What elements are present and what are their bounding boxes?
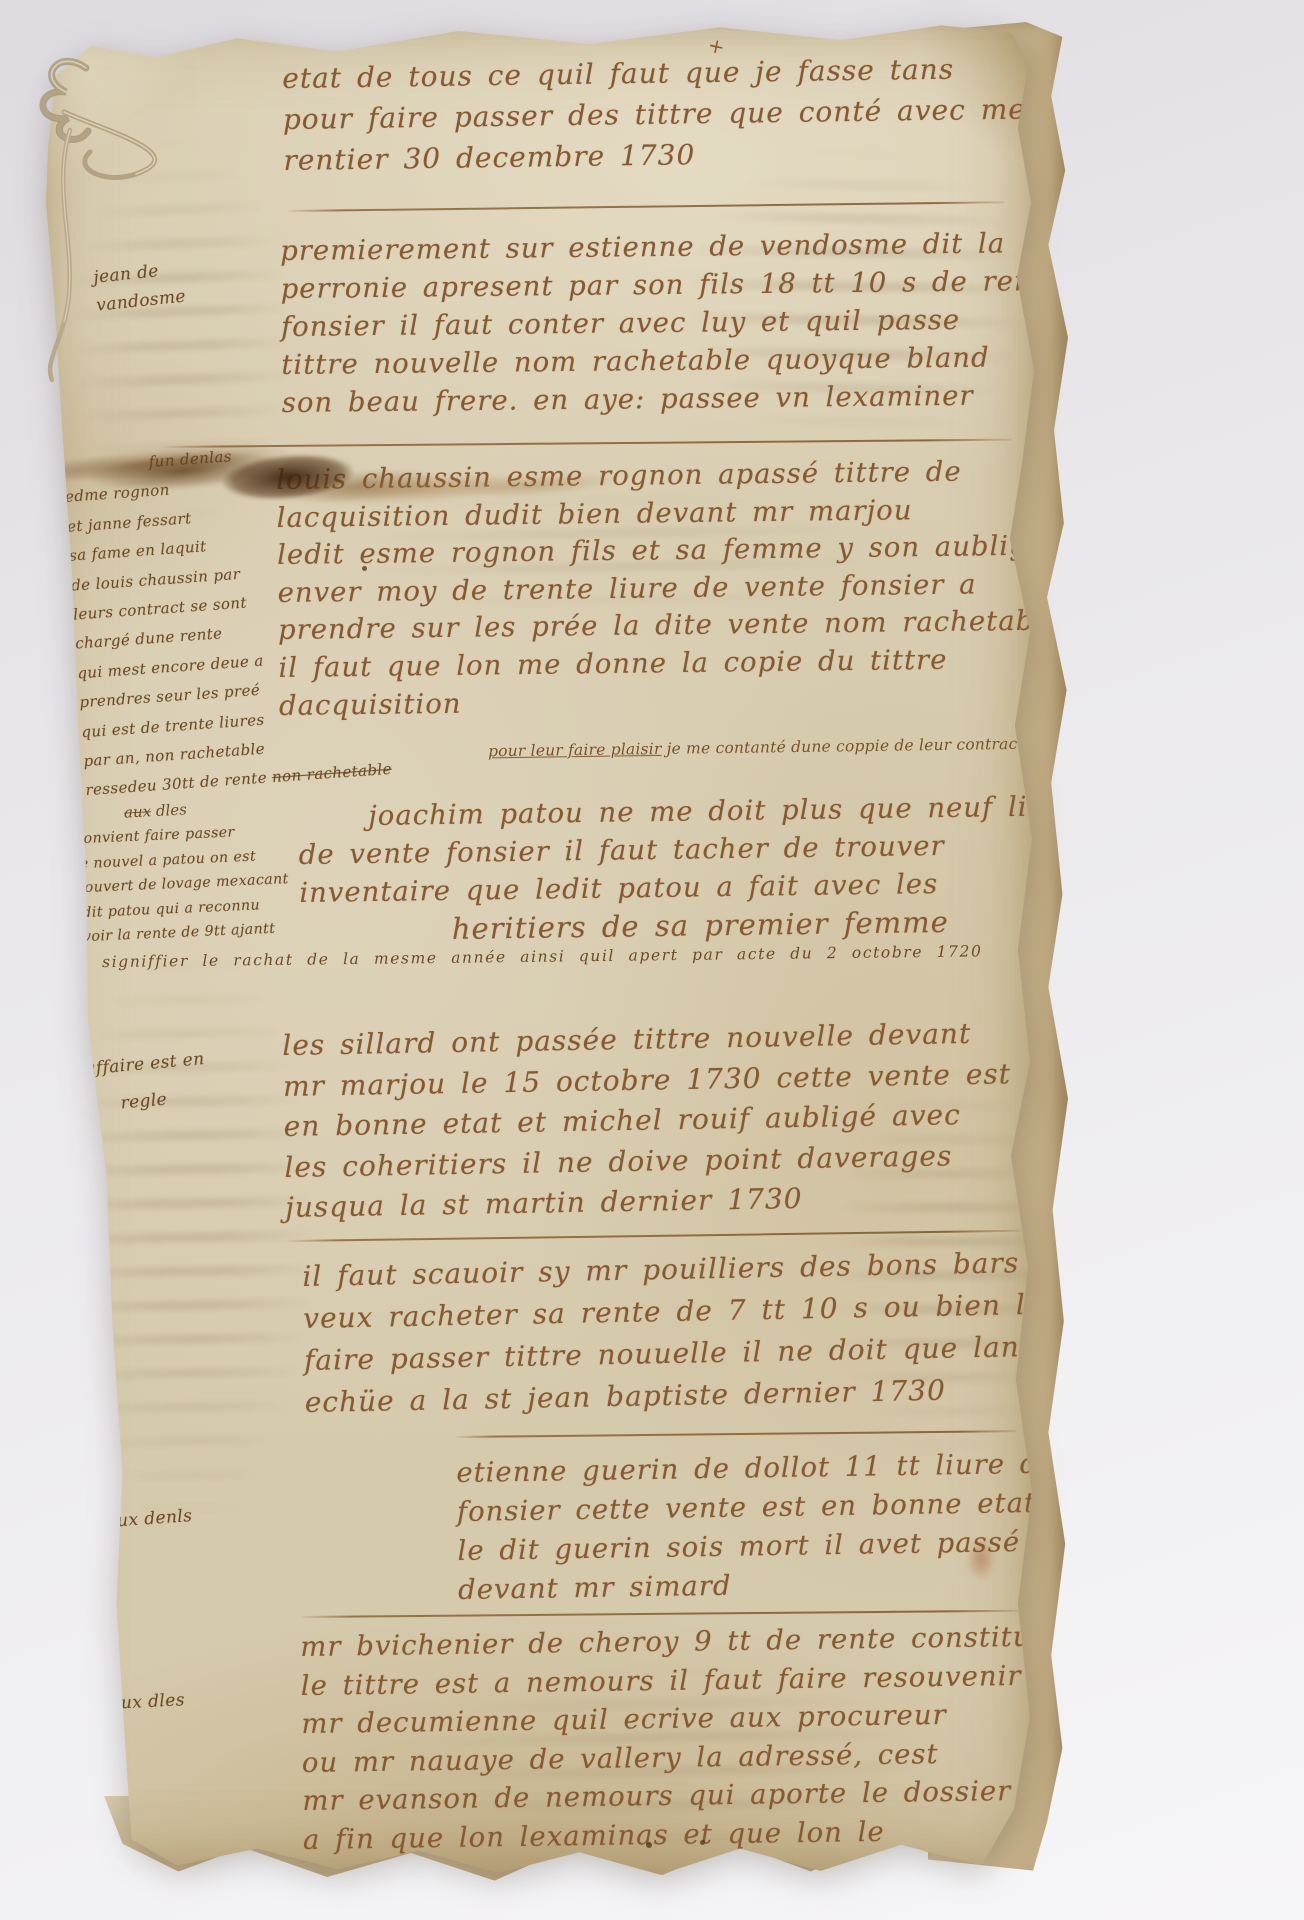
paper-wrap: + etat de tous ce quil faut que je fasse… <box>0 0 1304 1920</box>
margin-note-patou-head: aux dles <box>124 800 188 821</box>
entry-bvichenier: mr bvichenier de cheroy 9 tt de rente co… <box>300 1617 1069 1859</box>
entry-guerin: etienne guerin de dollot 11 tt liure de … <box>456 1443 1188 1610</box>
entry-vendosme: premierement sur estienne de vendosme di… <box>280 224 1063 422</box>
binding-thread-icon <box>8 26 178 386</box>
entry-pouilliers: il faut scauoir sy mr pouilliers des bon… <box>302 1241 1075 1424</box>
struck-words: aux <box>124 802 152 821</box>
document-title: etat de tous ce quil faut que je fasse t… <box>282 47 1042 181</box>
ink-spot <box>700 1840 705 1845</box>
struck-words: non rachetable <box>271 760 392 786</box>
ink-spot <box>646 1842 652 1848</box>
red-stain <box>966 1536 996 1582</box>
photo-background: + etat de tous ce quil faut que je fasse… <box>0 0 1304 1920</box>
margin-note-sillard: laffaire est en regle <box>78 1041 209 1126</box>
manuscript-page: + etat de tous ce quil faut que je fasse… <box>36 16 1042 1884</box>
underlined-words: pour leur faire plaisir <box>488 740 662 760</box>
margin-note-patou: il convient faire passer tire nouvel a p… <box>60 818 291 951</box>
entry-patou: joachim patou ne me doit plus que neuf l… <box>298 787 1092 950</box>
ink-spot <box>92 1318 96 1322</box>
ink-spot <box>362 566 367 571</box>
entry-sillard: les sillard ont passée tittre nouvelle d… <box>282 1013 1013 1229</box>
margin-note-bvichenier: aux dles <box>110 1690 185 1714</box>
